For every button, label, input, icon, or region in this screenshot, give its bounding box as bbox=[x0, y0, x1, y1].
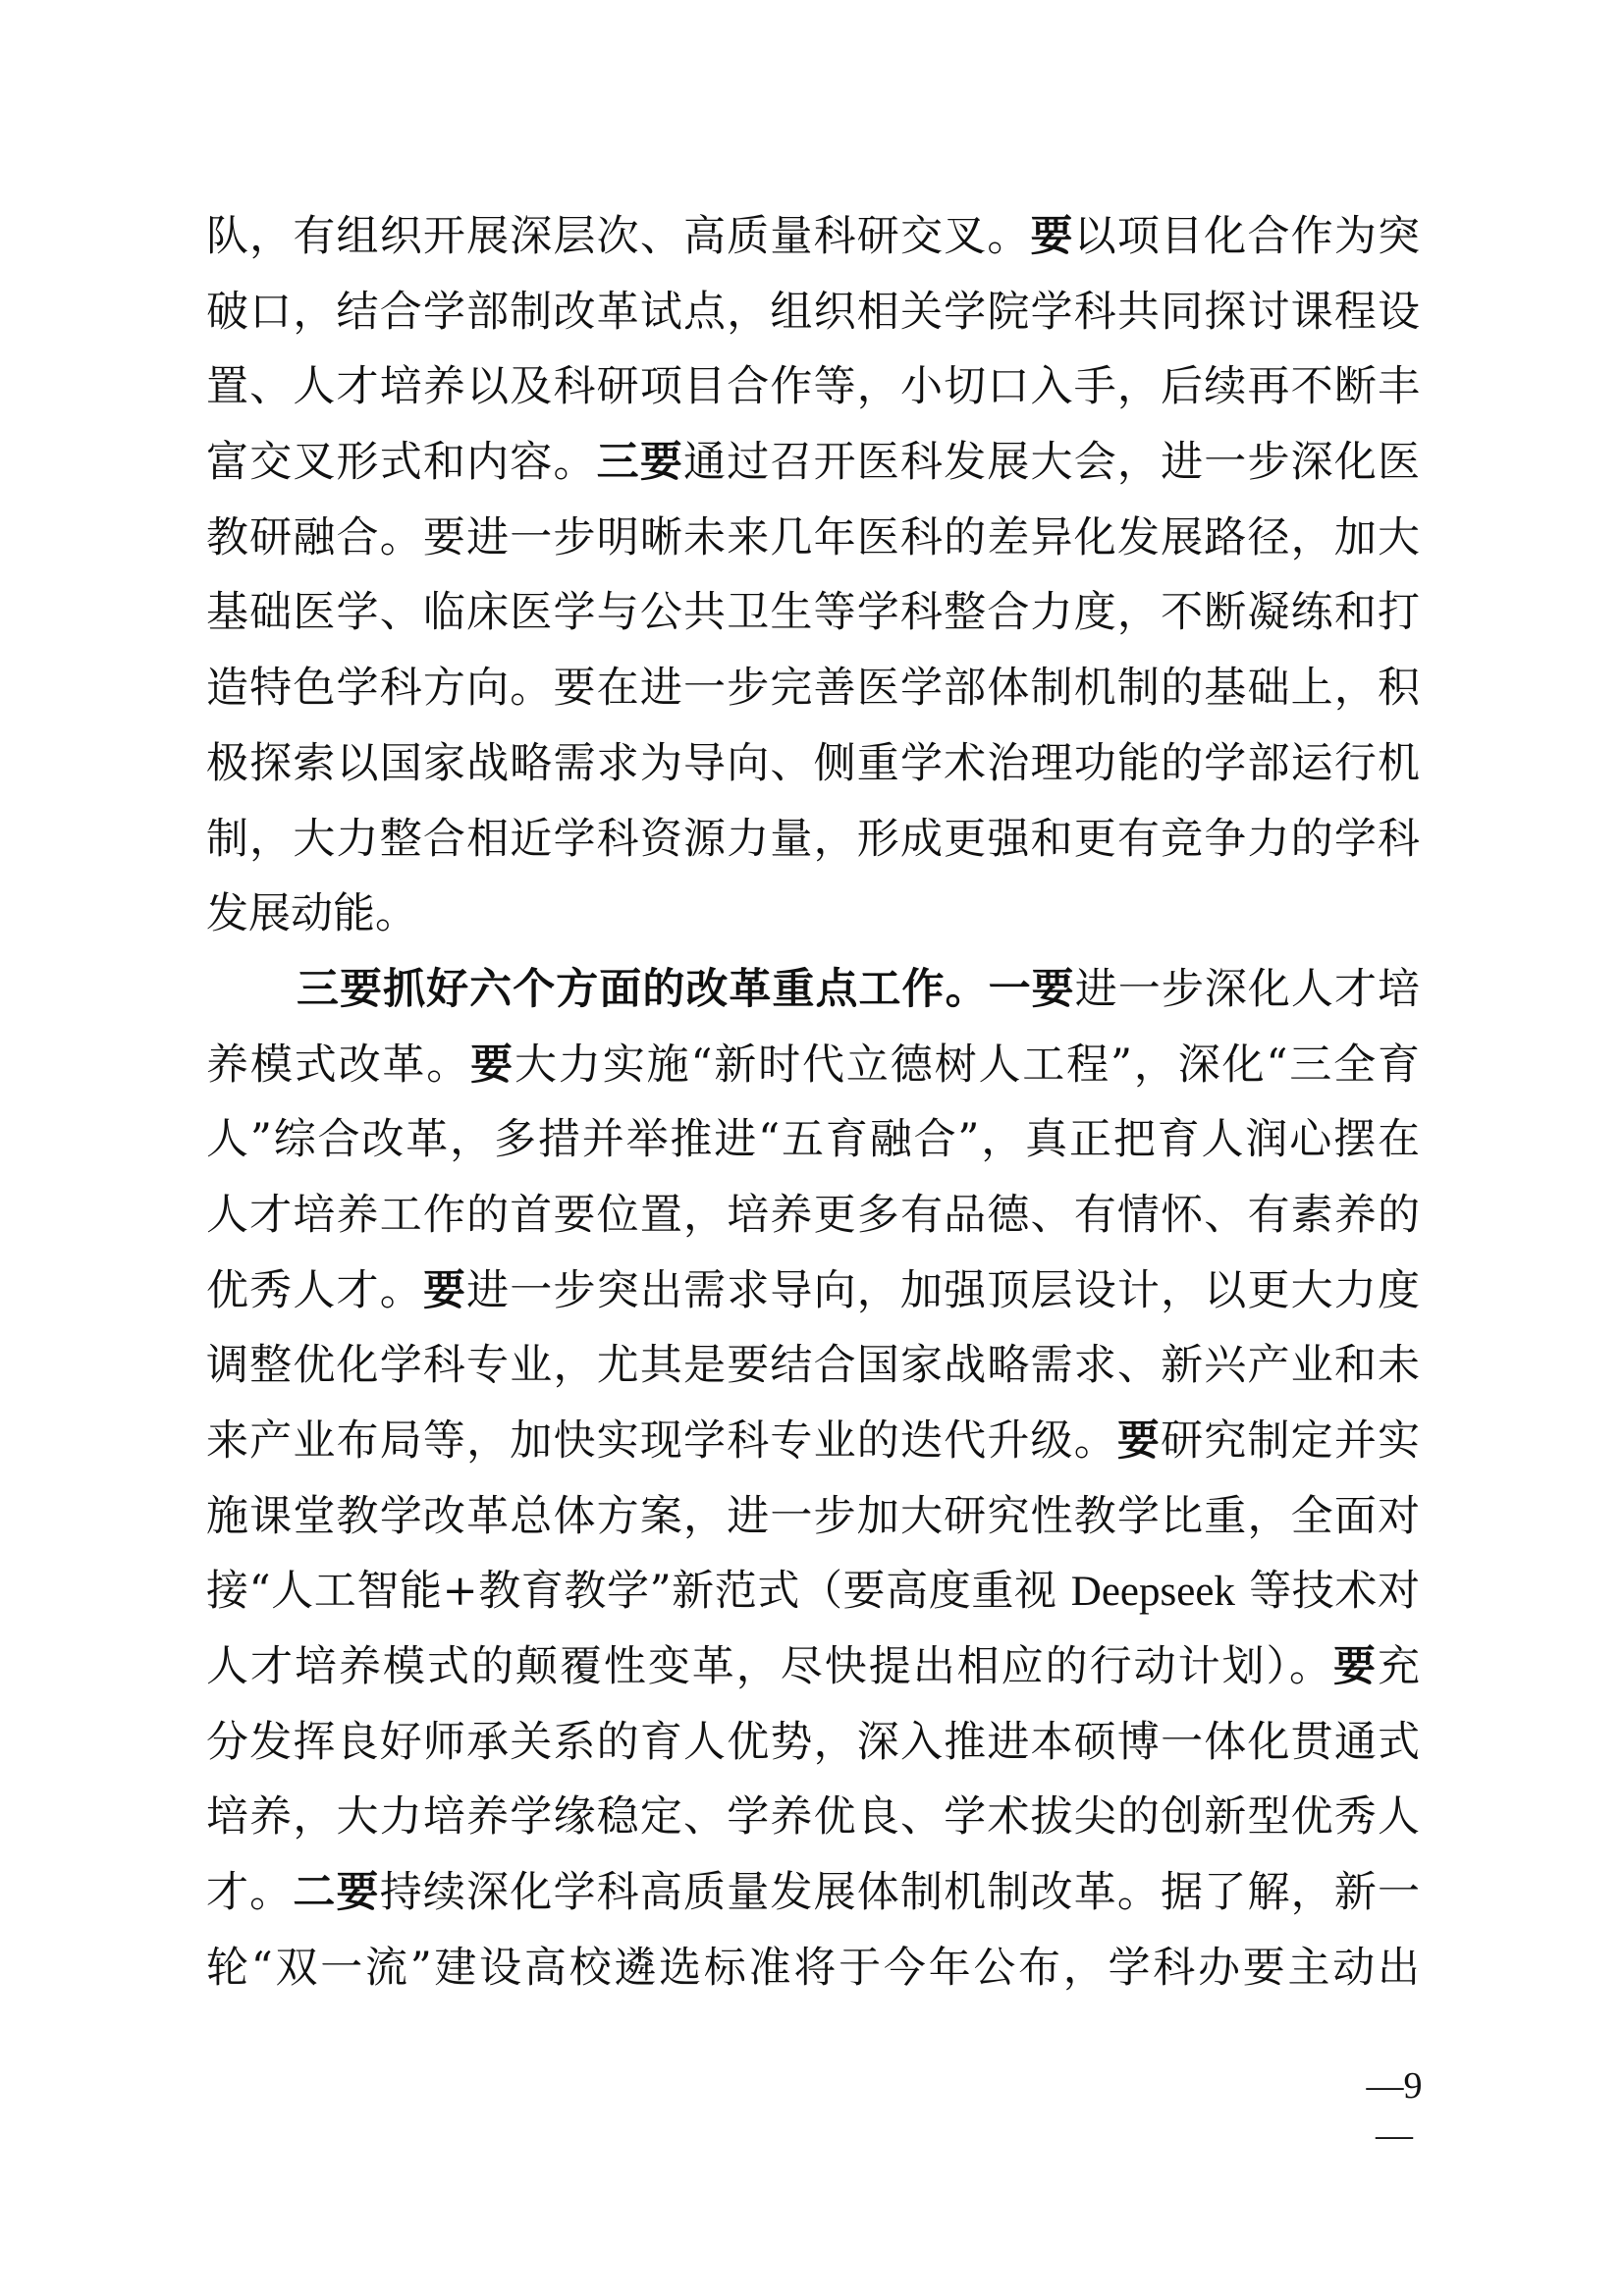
text-line: 分发挥良好师承关系的育人优势，深入推进本硕博一体化贯通式 bbox=[206, 1705, 1420, 1781]
text-line: 接“人工智能+教育教学”新范式（要高度重视 Deepseek 等技术对 bbox=[206, 1554, 1420, 1629]
text-line: 极探索以国家战略需求为导向、侧重学术治理功能的学部运行机 bbox=[206, 726, 1420, 802]
text-segment: 充 bbox=[1378, 1642, 1420, 1691]
bold-text-segment: 要 bbox=[1117, 1416, 1161, 1466]
text-segment: Deepseek bbox=[1071, 1569, 1235, 1615]
text-line: 置、人才培养以及科研项目合作等，小切口入手，后续再不断丰 bbox=[206, 349, 1420, 425]
text-line: 人才培养工作的首要位置，培养更多有品德、有情怀、有素养的 bbox=[206, 1178, 1420, 1254]
text-line: 养模式改革。要大力实施“新时代立德树人工程”，深化“三全育 bbox=[206, 1028, 1420, 1103]
text-line: 三要抓好六个方面的改革重点工作。一要进一步深化人才培 bbox=[206, 952, 1420, 1028]
text-line: 施课堂教学改革总体方案，进一步加大研究性教学比重，全面对 bbox=[206, 1479, 1420, 1555]
text-line: 富交叉形式和内容。三要通过召开医科发展大会，进一步深化医 bbox=[206, 425, 1420, 501]
text-line: 队，有组织开展深层次、高质量科研交叉。要以项目化合作为突 bbox=[206, 199, 1420, 275]
text-segment: 大力实施“新时代立德树人工程”，深化“三全育 bbox=[514, 1041, 1420, 1090]
text-line: 教研融合。要进一步明晰未来几年医科的差异化发展路径，加大 bbox=[206, 501, 1420, 576]
bold-text-segment: 要 bbox=[423, 1266, 466, 1315]
text-segment: 分发挥良好师承关系的育人优势，深入推进本硕博一体化贯通式 bbox=[206, 1718, 1420, 1767]
text-segment: 发展动能。 bbox=[206, 889, 417, 938]
page-number: —9— bbox=[1363, 2061, 1426, 2160]
bold-text-segment: 三要抓好六个方面的改革重点工作。一要 bbox=[297, 965, 1075, 1014]
text-segment: 优秀人才。 bbox=[206, 1266, 423, 1315]
text-segment: 才。 bbox=[206, 1868, 293, 1917]
text-segment: 培养，大力培养学缘稳定、学养优良、学术拔尖的创新型优秀人 bbox=[206, 1792, 1420, 1842]
text-segment: 制，大力整合相近学科资源力量，形成更强和更有竞争力的学科 bbox=[206, 815, 1420, 864]
text-line: 才。二要持续深化学科高质量发展体制机制改革。据了解，新一 bbox=[206, 1855, 1420, 1931]
text-segment: 养模式改革。 bbox=[206, 1041, 470, 1090]
text-line: 来产业布局等，加快实现学科专业的迭代升级。要研究制定并实 bbox=[206, 1404, 1420, 1479]
bold-text-segment: 三要 bbox=[597, 438, 683, 487]
text-segment: 研究制定并实 bbox=[1161, 1416, 1420, 1466]
text-segment: 富交叉形式和内容。 bbox=[206, 438, 597, 487]
text-line: 人才培养模式的颠覆性变革，尽快提出相应的行动计划）。要充 bbox=[206, 1629, 1420, 1705]
text-line: 优秀人才。要进一步突出需求导向，加强顶层设计，以更大力度 bbox=[206, 1254, 1420, 1329]
text-segment: 接“人工智能+教育教学”新范式（要高度重视 bbox=[206, 1567, 1071, 1616]
text-segment: 调整优化学科专业，尤其是要结合国家战略需求、新兴产业和未 bbox=[206, 1341, 1420, 1390]
bold-text-segment: 要 bbox=[1333, 1642, 1378, 1691]
text-segment: 持续深化学科高质量发展体制机制改革。据了解，新一 bbox=[380, 1868, 1420, 1917]
text-segment: 人才培养模式的颠覆性变革，尽快提出相应的行动计划）。 bbox=[206, 1642, 1333, 1691]
text-segment: 等技术对 bbox=[1235, 1567, 1420, 1616]
bold-text-segment: 要 bbox=[1031, 212, 1074, 261]
text-segment: 施课堂教学改革总体方案，进一步加大研究性教学比重，全面对 bbox=[206, 1492, 1420, 1541]
text-line: 破口，结合学部制改革试点，组织相关学院学科共同探讨课程设 bbox=[206, 275, 1420, 350]
bold-text-segment: 二要 bbox=[293, 1868, 379, 1917]
text-segment: 进一步突出需求导向，加强顶层设计，以更大力度 bbox=[466, 1266, 1420, 1315]
text-segment: 轮“双一流”建设高校遴选标准将于今年公布，学科办要主动出 bbox=[206, 1944, 1420, 1993]
text-segment: 人”综合改革，多措并举推进“五育融合”，真正把育人润心摆在 bbox=[206, 1115, 1420, 1164]
document-page: 队，有组织开展深层次、高质量科研交叉。要以项目化合作为突破口，结合学部制改革试点… bbox=[0, 0, 1624, 2296]
text-segment: 破口，结合学部制改革试点，组织相关学院学科共同探讨课程设 bbox=[206, 288, 1420, 337]
text-line: 制，大力整合相近学科资源力量，形成更强和更有竞争力的学科 bbox=[206, 802, 1420, 878]
text-line: 轮“双一流”建设高校遴选标准将于今年公布，学科办要主动出 bbox=[206, 1931, 1420, 2006]
text-line: 造特色学科方向。要在进一步完善医学部体制机制的基础上，积 bbox=[206, 651, 1420, 726]
text-segment: 基础医学、临床医学与公共卫生等学科整合力度，不断凝练和打 bbox=[206, 588, 1420, 637]
text-segment: 人才培养工作的首要位置，培养更多有品德、有情怀、有素养的 bbox=[206, 1191, 1420, 1240]
body-text: 队，有组织开展深层次、高质量科研交叉。要以项目化合作为突破口，结合学部制改革试点… bbox=[206, 199, 1420, 2006]
text-line: 人”综合改革，多措并举推进“五育融合”，真正把育人润心摆在 bbox=[206, 1102, 1420, 1178]
text-segment: 通过召开医科发展大会，进一步深化医 bbox=[683, 438, 1420, 487]
text-segment: 极探索以国家战略需求为导向、侧重学术治理功能的学部运行机 bbox=[206, 739, 1420, 788]
bold-text-segment: 要 bbox=[470, 1041, 514, 1090]
text-line: 调整优化学科专业，尤其是要结合国家战略需求、新兴产业和未 bbox=[206, 1328, 1420, 1404]
text-segment: 进一步深化人才培 bbox=[1075, 965, 1420, 1014]
text-line: 基础医学、临床医学与公共卫生等学科整合力度，不断凝练和打 bbox=[206, 575, 1420, 651]
text-line: 培养，大力培养学缘稳定、学养优良、学术拔尖的创新型优秀人 bbox=[206, 1780, 1420, 1855]
text-segment: 置、人才培养以及科研项目合作等，小切口入手，后续再不断丰 bbox=[206, 362, 1420, 411]
text-segment: 造特色学科方向。要在进一步完善医学部体制机制的基础上，积 bbox=[206, 664, 1420, 713]
text-segment: 教研融合。要进一步明晰未来几年医科的差异化发展路径，加大 bbox=[206, 513, 1420, 562]
text-segment: 来产业布局等，加快实现学科专业的迭代升级。 bbox=[206, 1416, 1117, 1466]
text-segment: 队，有组织开展深层次、高质量科研交叉。 bbox=[206, 212, 1031, 261]
text-line: 发展动能。 bbox=[206, 877, 1420, 952]
text-segment: 以项目化合作为突 bbox=[1074, 212, 1420, 261]
